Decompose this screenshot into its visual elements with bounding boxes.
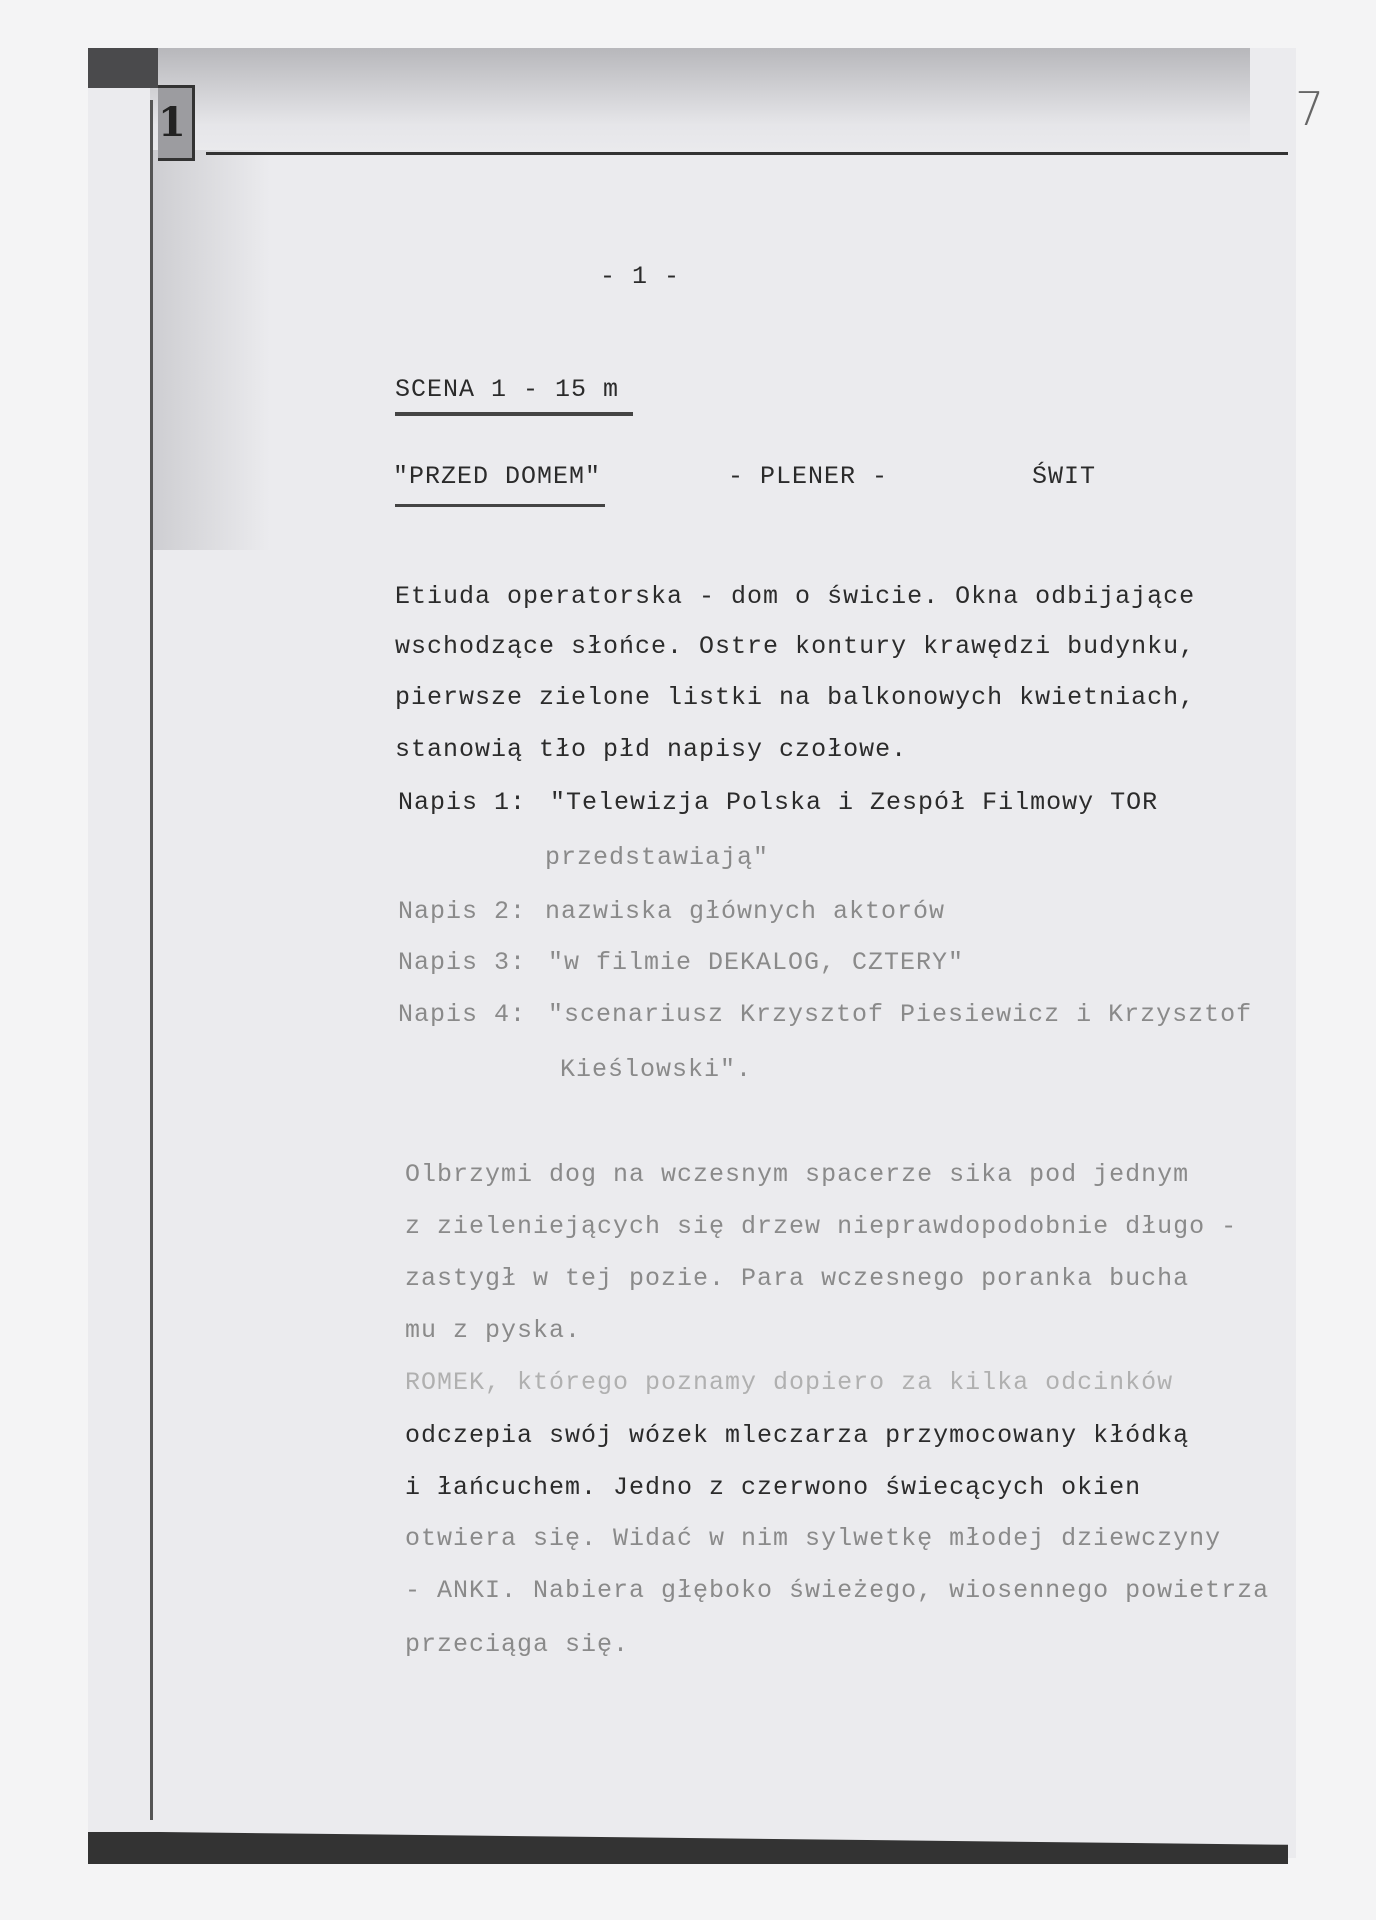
caption-label: Napis 1: <box>398 788 526 817</box>
caption-text: nazwiska głównych aktorów <box>545 897 945 926</box>
scan-shadow-top <box>150 48 1250 158</box>
scan-shadow-left <box>150 150 270 550</box>
handwritten-page-number: 7 <box>1295 82 1324 136</box>
caption-label: Napis 3: <box>398 948 526 977</box>
text-line: pierwsze zielone listki na balkonowych k… <box>395 683 1195 712</box>
scan-shadow-corner <box>88 48 158 88</box>
caption-text: "scenariusz Krzysztof Piesiewicz i Krzys… <box>548 1000 1252 1029</box>
text-line: i łańcuchem. Jedno z czerwono świecących… <box>405 1473 1141 1502</box>
caption-text: "Telewizja Polska i Zespół Filmowy TOR <box>550 788 1158 817</box>
left-margin-rule <box>150 100 153 1820</box>
top-rule <box>206 152 1288 155</box>
text-line: zastygł w tej pozie. Para wczesnego pora… <box>405 1264 1189 1293</box>
text-line: stanowią tło płd napisy czołowe. <box>395 735 907 764</box>
text-line: wschodzące słońce. Ostre kontury krawędz… <box>395 632 1195 661</box>
text-line: przeciąga się. <box>405 1630 629 1659</box>
scene-setting: - PLENER - <box>728 462 888 491</box>
text-line: Etiuda operatorska - dom o świcie. Okna … <box>395 582 1195 611</box>
caption-text: "w filmie DEKALOG, CZTERY" <box>548 948 964 977</box>
tab-number-box: 1 <box>158 85 195 161</box>
caption-text: przedstawiają" <box>545 843 769 872</box>
text-line: otwiera się. Widać w nim sylwetkę młodej… <box>405 1524 1221 1553</box>
text-line: - ANKI. Nabiera głęboko świeżego, wiosen… <box>405 1576 1269 1605</box>
text-line: mu z pyska. <box>405 1316 581 1345</box>
caption-text: Kieślowski". <box>560 1055 752 1084</box>
scene-location: "PRZED DOMEM" <box>393 462 601 491</box>
page-number: - 1 - <box>600 262 680 291</box>
text-line: ROMEK, którego poznamy dopiero za kilka … <box>405 1368 1173 1397</box>
text-line: z zieleniejących się drzew nieprawdopodo… <box>405 1212 1237 1241</box>
scene-heading-underline <box>395 412 633 416</box>
time-of-day: ŚWIT <box>1032 462 1096 491</box>
caption-label: Napis 2: <box>398 897 526 926</box>
text-line: odczepia swój wózek mleczarza przymocowa… <box>405 1421 1189 1450</box>
location-underline <box>395 504 605 507</box>
text-line: Olbrzymi dog na wczesnym spacerze sika p… <box>405 1160 1189 1189</box>
caption-label: Napis 4: <box>398 1000 526 1029</box>
scene-heading: SCENA 1 - 15 m <box>395 375 619 404</box>
